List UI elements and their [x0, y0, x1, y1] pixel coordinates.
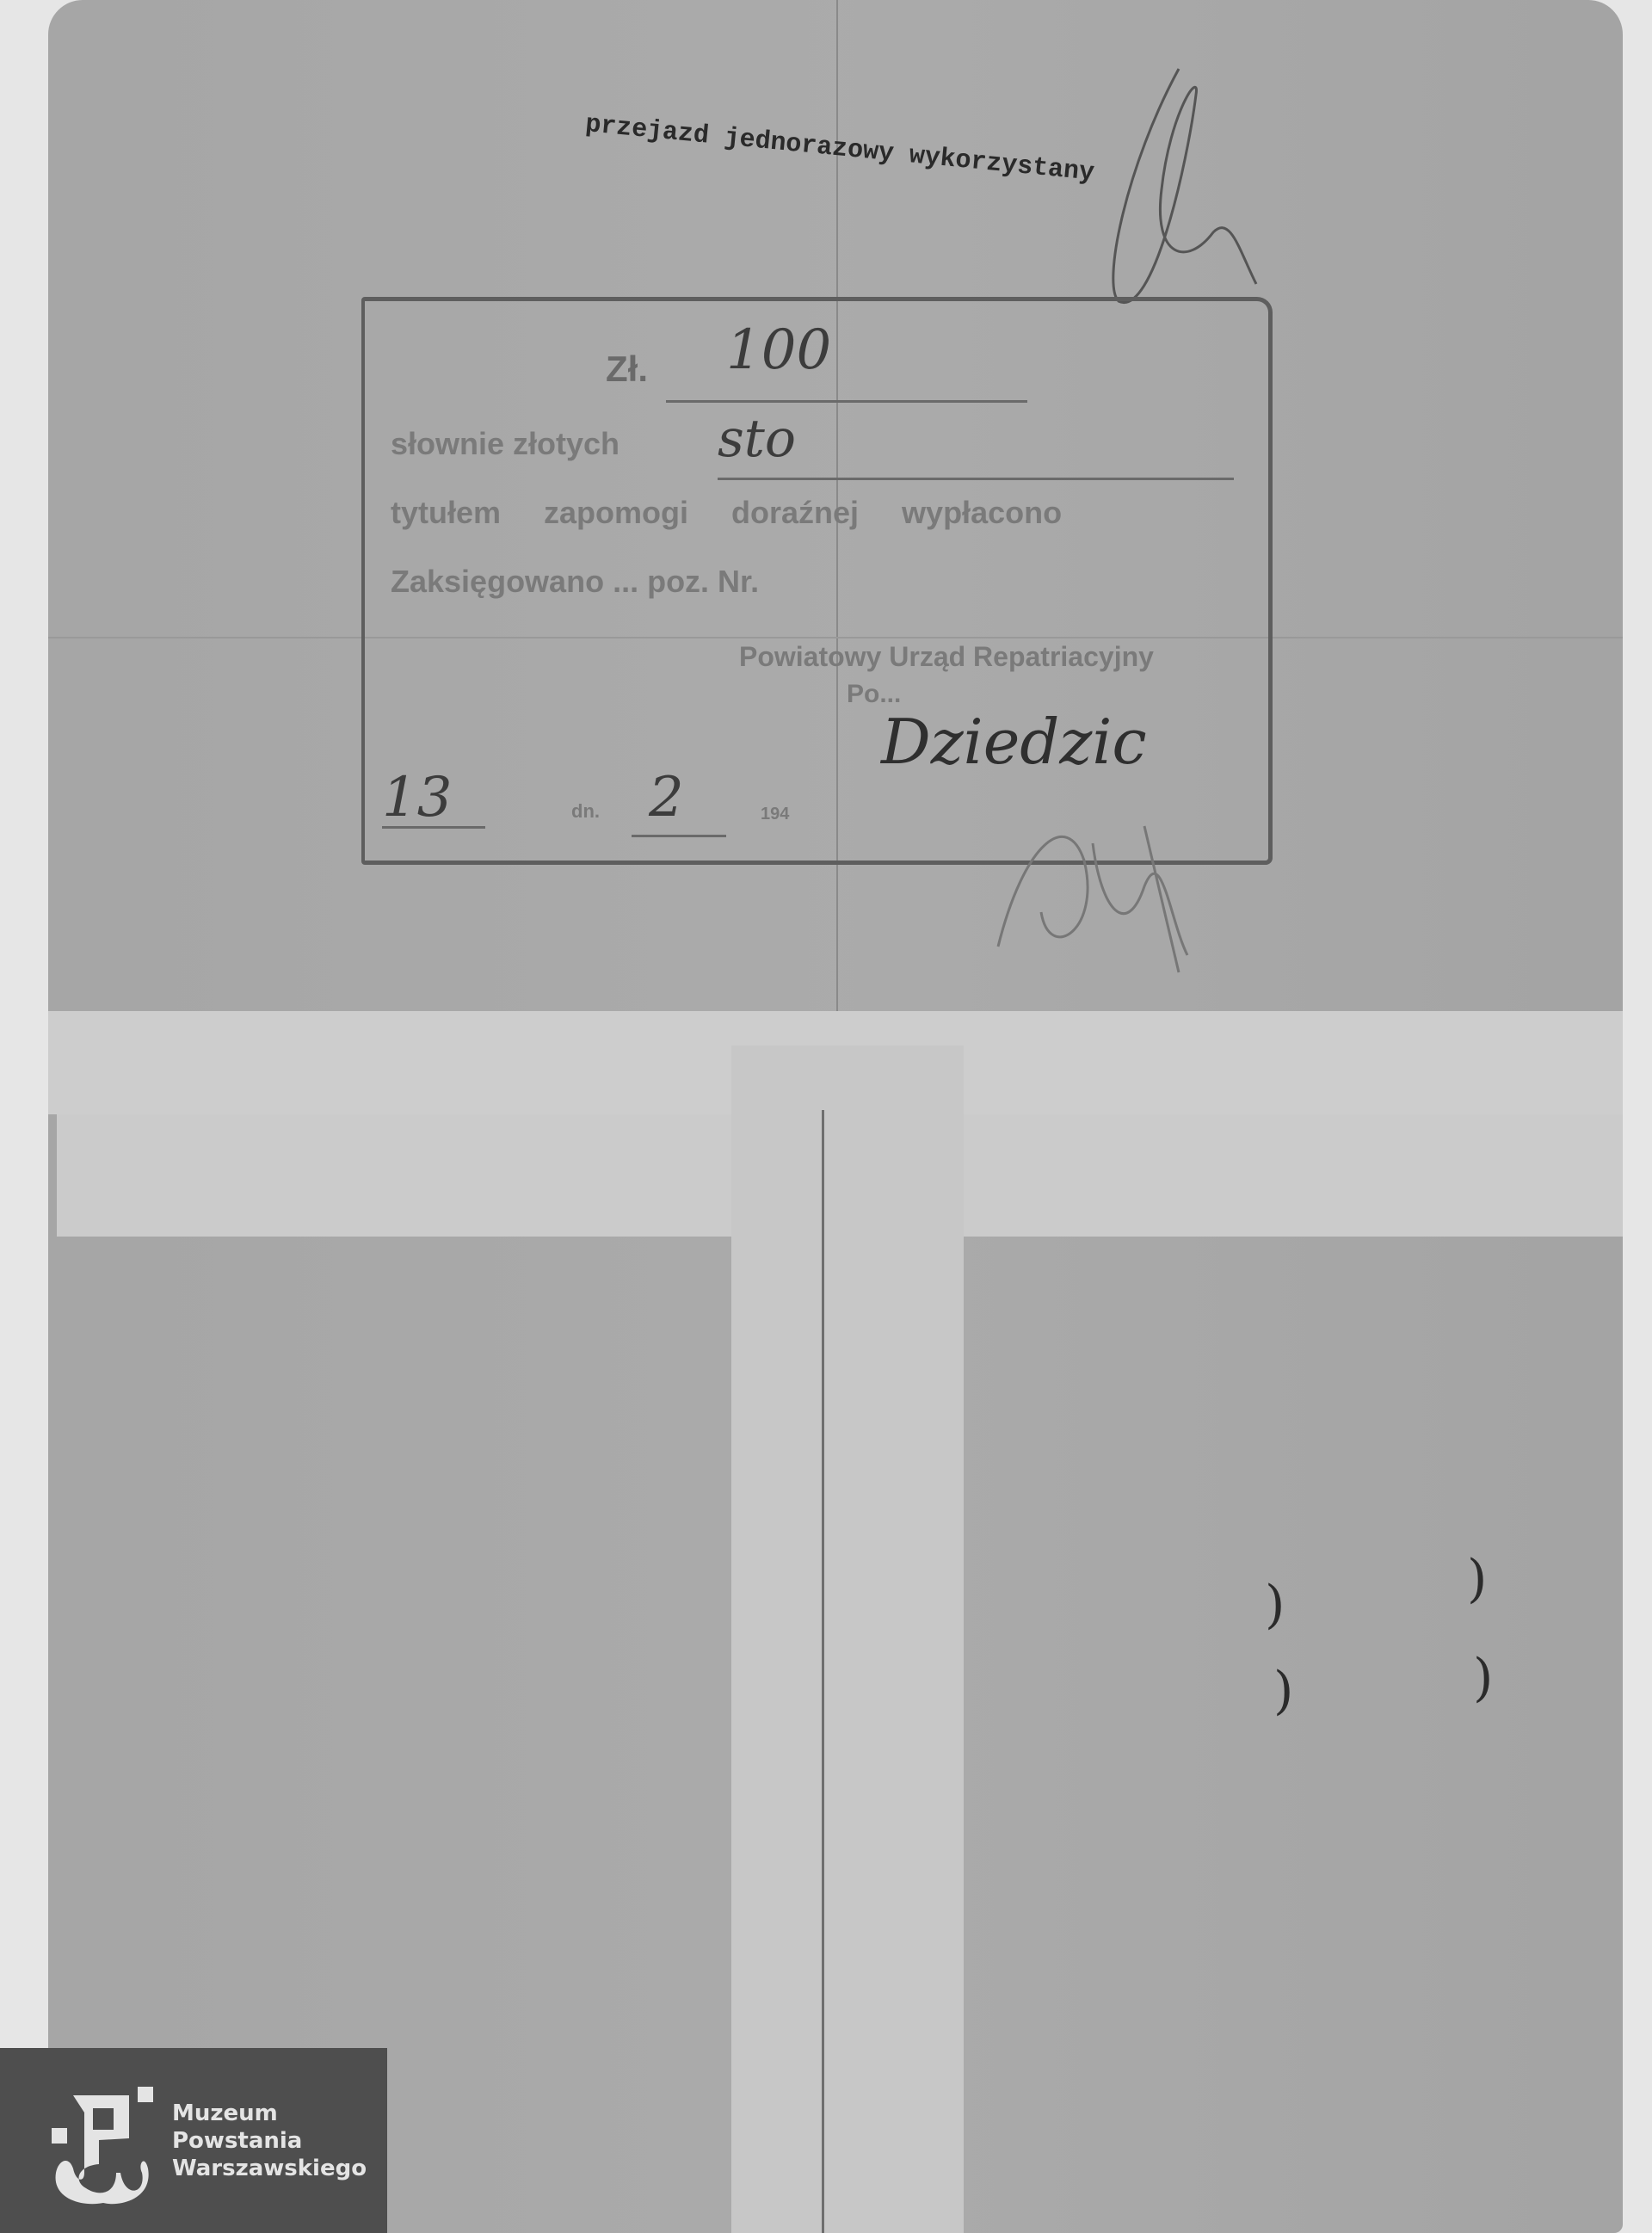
museum-logo: Muzeum Powstania Warszawskiego: [0, 2048, 387, 2233]
purpose-line: tytułem zapomogi doraźnej wypłacono: [391, 495, 1062, 531]
ledger-line: Zaksięgowano ... poz. Nr.: [391, 564, 759, 600]
logo-line-2: Powstania: [172, 2127, 367, 2155]
date-month: 2: [649, 766, 684, 830]
bracket-mark: ): [1467, 1549, 1487, 1609]
bracket-mark: ): [1265, 1575, 1285, 1635]
bracket-mark: ): [1273, 1661, 1293, 1721]
date-sep-2: 194: [761, 805, 789, 824]
words-underline: [718, 478, 1234, 480]
logo-line-3: Warszawskiego: [172, 2155, 367, 2182]
amount-value: 100: [726, 318, 831, 382]
pen-initial-top: [1093, 60, 1265, 318]
date-sep-1: dn.: [571, 800, 600, 823]
pen-initial-bottom: [972, 792, 1230, 1015]
words-value: sto: [718, 409, 796, 469]
signature: Dziedzic: [881, 706, 1147, 778]
tape-crease: [822, 1110, 824, 2233]
month-underline: [632, 835, 726, 837]
amount-underline: [666, 400, 1027, 403]
repair-tape-vertical: [731, 1046, 964, 2233]
day-underline: [382, 826, 485, 829]
words-label: słownie złotych: [391, 426, 619, 462]
payment-stamp: Zł. 100 słownie złotych sto tytułem zapo…: [361, 297, 1273, 865]
office-line: Powiatowy Urząd Repatriacyjny: [739, 641, 1154, 673]
museum-name: Muzeum Powstania Warszawskiego: [172, 2100, 367, 2182]
date-day: 13: [382, 766, 452, 830]
office-sub: Po...: [847, 680, 901, 709]
logo-line-1: Muzeum: [172, 2100, 367, 2127]
anchor-kotwica-icon: [52, 2087, 155, 2207]
amount-label: Zł.: [606, 349, 648, 390]
bracket-mark: ): [1473, 1648, 1493, 1708]
